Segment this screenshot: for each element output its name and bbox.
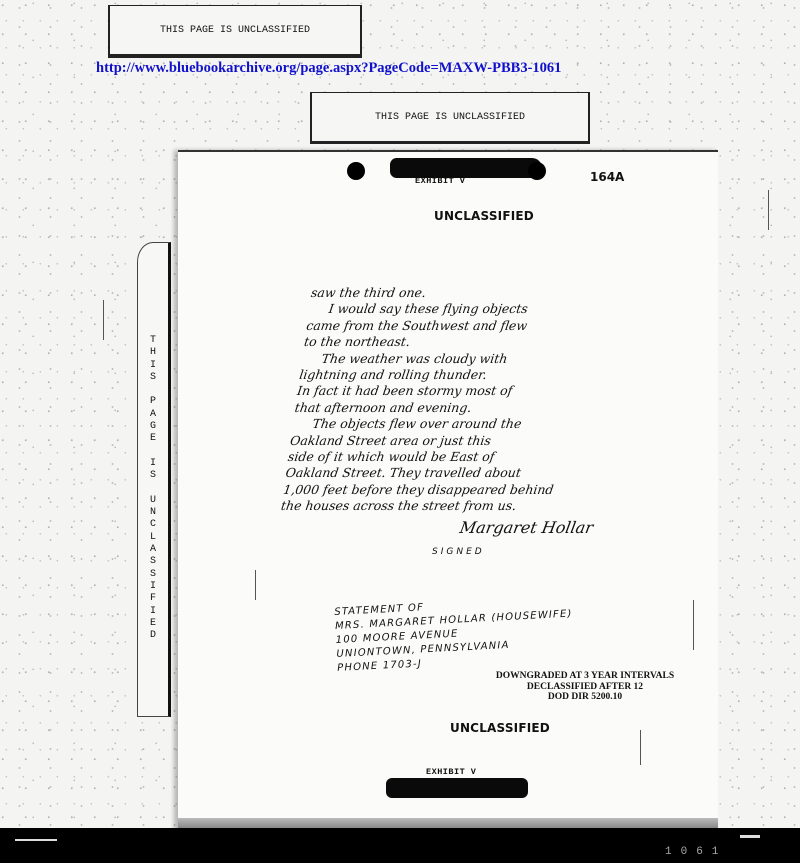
handwritten-line: to the northeast.: [303, 334, 625, 350]
side-stamp-text: T H I S P A G E I S U N C L A S S I F I …: [138, 335, 168, 642]
handwritten-line: lightning and rolling thunder.: [298, 367, 620, 383]
scan-scratch: [768, 190, 769, 230]
film-mark: [15, 839, 57, 841]
downgrade-line: DOD DIR 5200.10: [485, 692, 685, 703]
handwritten-line: Oakland Street area or just this: [289, 433, 611, 449]
scan-scratch: [103, 300, 104, 340]
unclassified-stamp-top-left: THIS PAGE IS UNCLASSIFIED: [108, 5, 362, 58]
handwritten-line: 1,000 feet before they disappeared behin…: [282, 482, 604, 498]
scan-scratch: [255, 570, 256, 600]
signature: Margaret Hollar: [458, 518, 594, 537]
downgrade-line: DECLASSIFIED AFTER 12: [485, 682, 685, 693]
redaction-bar-bottom: [386, 778, 528, 798]
handwritten-line: The weather was cloudy with: [301, 351, 623, 367]
redaction-bar-top: [390, 158, 542, 178]
handwritten-statement: saw the third one. I would say these fly…: [280, 285, 632, 515]
exhibit-label-bottom: EXHIBIT V: [426, 767, 476, 777]
unclassified-side-stamp: T H I S P A G E I S U N C L A S S I F I …: [137, 242, 171, 717]
page-number: 164A: [590, 170, 624, 184]
classification-marking-top: UNCLASSIFIED: [434, 209, 534, 223]
handwritten-line: that afternoon and evening.: [294, 400, 616, 416]
classification-marking-bottom: UNCLASSIFIED: [450, 721, 550, 735]
downgrade-stamp: DOWNGRADED AT 3 YEAR INTERVALS DECLASSIF…: [485, 671, 685, 703]
signed-label: SIGNED: [432, 547, 485, 557]
microfilm-border: 1061: [0, 828, 800, 863]
handwritten-line: the houses across the street from us.: [280, 498, 602, 514]
handwritten-line: I would say these flying objects: [308, 301, 630, 317]
archive-url-link[interactable]: http://www.bluebookarchive.org/page.aspx…: [96, 60, 561, 77]
handwritten-line: In fact it had been stormy most of: [296, 383, 618, 399]
statement-block: STATEMENT OF MRS. MARGARET HOLLAR (HOUSE…: [334, 594, 575, 676]
handwritten-line: side of it which would be East of: [287, 449, 609, 465]
frame-number: 1061: [665, 846, 727, 858]
film-mark: [740, 835, 760, 838]
scan-scratch: [693, 600, 694, 650]
downgrade-line: DOWNGRADED AT 3 YEAR INTERVALS: [485, 671, 685, 682]
punch-hole-icon: [528, 162, 546, 180]
exhibit-label-top: EXHIBIT V: [415, 176, 465, 186]
page-edge-shadow: [178, 818, 718, 828]
unclassified-stamp-top-center: THIS PAGE IS UNCLASSIFIED: [310, 92, 590, 144]
punch-hole-icon: [347, 162, 365, 180]
stamp-text: THIS PAGE IS UNCLASSIFIED: [160, 25, 310, 36]
stamp-text: THIS PAGE IS UNCLASSIFIED: [375, 112, 525, 123]
handwritten-line: Oakland Street. They travelled about: [284, 465, 606, 481]
scan-scratch: [640, 730, 641, 765]
handwritten-line: came from the Southwest and flew: [305, 318, 627, 334]
handwritten-line: saw the third one.: [310, 285, 632, 301]
handwritten-line: The objects flew over around the: [291, 416, 613, 432]
